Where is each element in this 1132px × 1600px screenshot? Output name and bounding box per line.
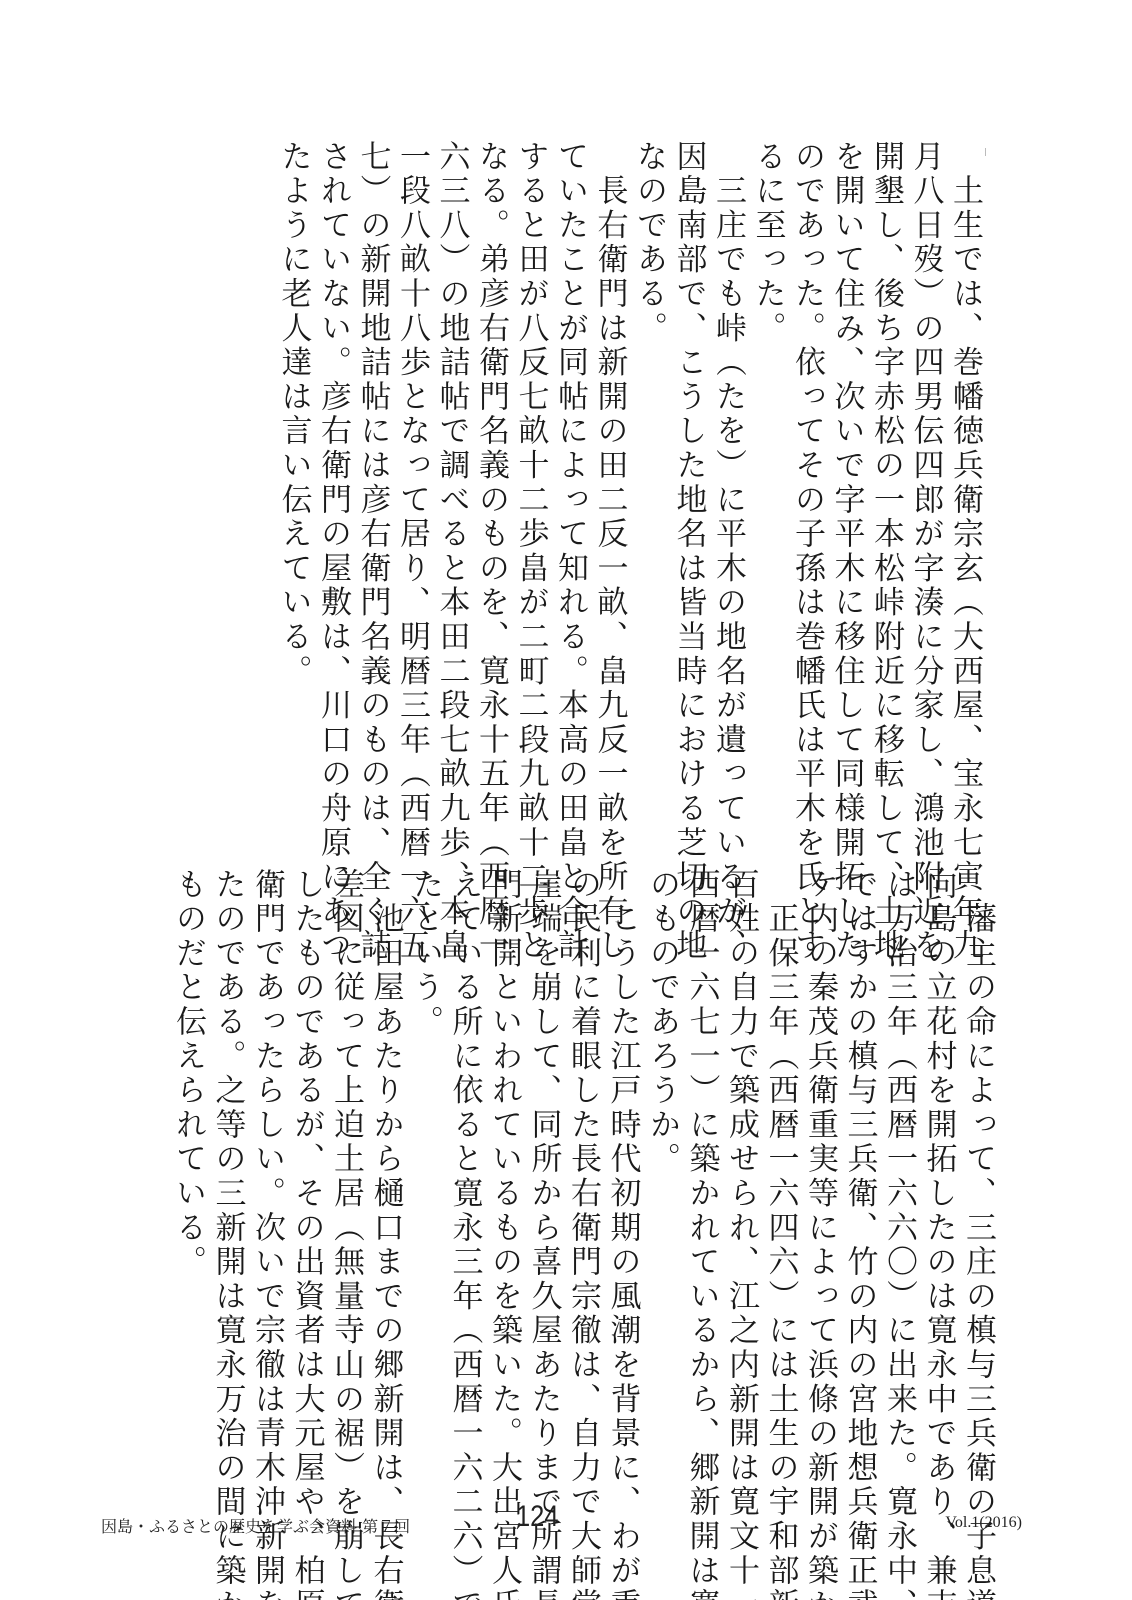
text-column: 藩主の命によって、三庄の槙与三兵衛の子息道鑑が、 [958,868,998,1488]
text-column: ものだと伝えられている。 [168,868,208,1488]
text-column: 衛門であったらしい。次いで宗徹は青木沖新開を築い [247,868,287,1488]
text-column: は万治三年（西暦一六六〇）に出来た。寛永中、三庄 [879,868,919,1488]
text-column: すると田が八反七畝十二歩畠が二町二段九畝十二歩と [510,140,550,840]
text-column: のであった。依ってその子孫は巻幡氏は平木を氏とす [787,140,827,840]
text-column: 長右衛門は新開の田二反一畝、畠九反一畝を所有し [589,140,629,840]
text-column: 正保三年（西暦一六四六）には土生の宇和部新開が [760,868,800,1488]
text-column: したものであるが、その出資者は大元屋や、柏原彦左 [286,868,326,1488]
text-column: るに至った。 [747,140,787,840]
text-column: を開いて住み、次いで字平木に移住して同様開拓した [826,140,866,840]
text-column: たという。 [405,868,445,1488]
text-column: 百姓の自力で築成せられ、江之内新開は寛文十一年（ [721,868,761,1488]
text-column: えている所に依ると寛永三年（西暦一六二六）であつ [444,868,484,1488]
page-number: 124 [516,1500,559,1534]
text-column: 池田屋あたりから樋口までの郷新開は、長右衛門の [365,868,405,1488]
footer-series-title: 因島・ふるさとの歴史を学ぶ会資料 第７回 [101,1514,410,1537]
text-column: 崖端を崩して、同所から喜久屋あたりまで所謂長右衛 [523,868,563,1488]
page-footer: 因島・ふるさとの歴史を学ぶ会資料 第７回 124 Vol.1(2016) [0,1500,1132,1540]
text-block-bottom: 藩主の命によって、三庄の槙与三兵衛の子息道鑑が、向島の立花村を開拓したのは寛永中… [137,868,997,1488]
text-column: 西暦一六七一）に築かれているから、郷新開は寛永頃 [681,868,721,1488]
text-column: なる。弟彦右衛門名義のものを、寛永十五年（西暦一 [471,140,511,840]
text-column: されていない。彦右衛門の屋敷は、川口の舟原にあつ [313,140,353,840]
text-column: 向島の立花村を開拓したのは寛永中であり、兼吉新開 [918,868,958,1488]
text-column: なのである。 [629,140,669,840]
text-column: たのである。之等の三新開は寛永万治の間に築かれた [207,868,247,1488]
text-column: 三庄でも峠（たを）に平木の地名が遺っているが、 [708,140,748,840]
text-column: の民利に着眼した長右衛門宗徹は、自力で大師堂山の [563,868,603,1488]
text-column: 差図に従って上迫土居（無量寺山の裾）を崩して築成 [326,868,366,1488]
margin-mark [985,148,986,156]
text-column: 因島南部で、こうした地名は皆当時における芝切の地 [668,140,708,840]
text-column: ケ内の秦茂兵衛重実等によって浜條の新開が築かれた。 [800,868,840,1488]
text-column: ていたことが同帖によって知れる。本高の田畠と合計 [550,140,590,840]
text-column: 月八日歿）の四男伝四郎が字湊に分家し、鴻池附近を [905,140,945,840]
text-column: こうした江戸時代初期の風潮を背景に、わが重井村 [602,868,642,1488]
text-column: 一段八畝十八歩となって居り、明暦三年（西暦一六五 [392,140,432,840]
text-column: たように老人達は言い伝えている。 [273,140,313,840]
text-column: 門新開といわれているものを築いた。大出宮人氏の伝 [484,868,524,1488]
footer-volume: Vol.1(2016) [945,1514,1022,1532]
text-column: のものであろうか。 [642,868,682,1488]
text-column: 六三八）の地詰帖で調べると本田二段七畝九歩、本畠 [431,140,471,840]
text-column: 七）の新開地詰帖には彦右衛門名義のものは、全く誌 [352,140,392,840]
text-column: ではすかの槙与三兵衛、竹の内の宮地想兵衛正武、宮 [839,868,879,1488]
text-block-top: 土生では、巻幡徳兵衛宗玄（大西屋、宝永七寅年九月八日歿）の四男伝四郎が字湊に分家… [164,140,984,840]
text-column: 土生では、巻幡徳兵衛宗玄（大西屋、宝永七寅年九 [945,140,985,840]
text-column: 開墾し、後ち字赤松の一本松峠附近に移転して、土地 [866,140,906,840]
